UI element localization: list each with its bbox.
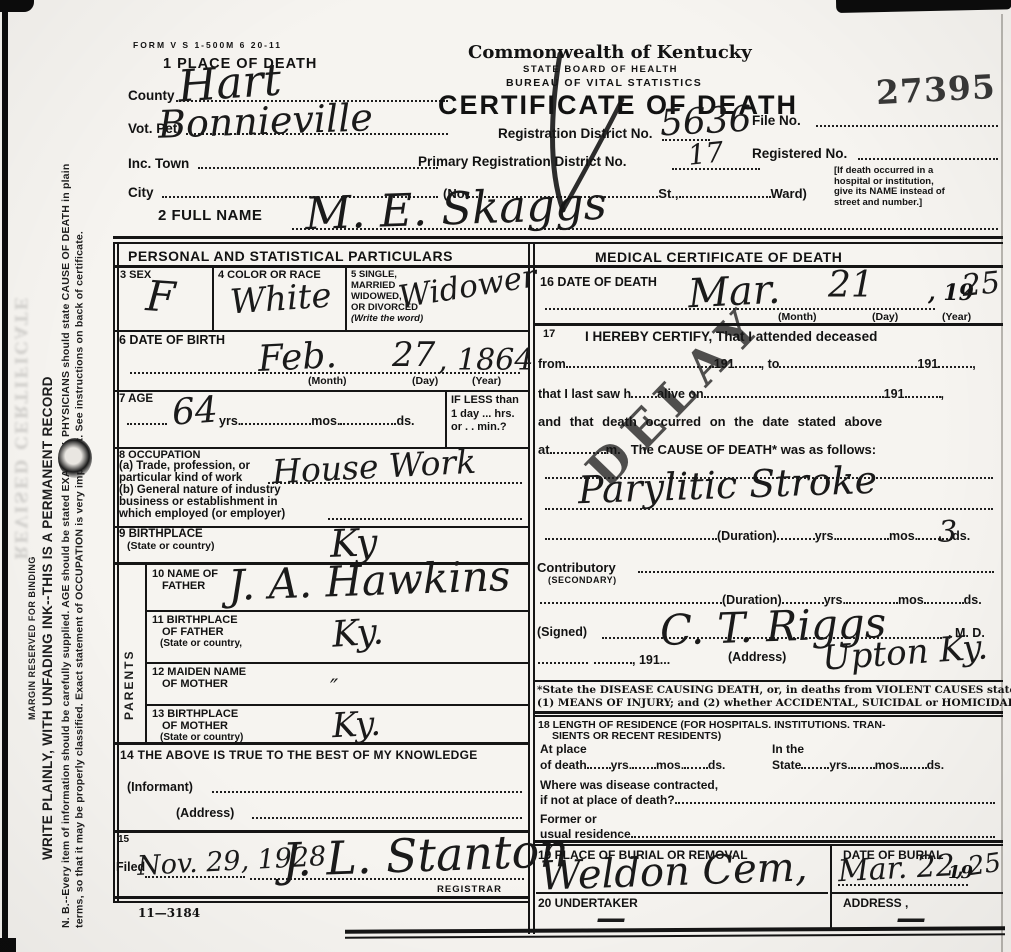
mother-name-value: ″ xyxy=(330,678,338,700)
hospital-instruction-note: [If death occurred in a hospital or inst… xyxy=(834,166,1002,208)
parents-label: PARENTS xyxy=(122,590,136,720)
double-rule-bottom-left xyxy=(113,896,528,899)
row-rule xyxy=(534,680,1003,682)
double-rule xyxy=(534,840,1003,843)
informant-label: (Informant) xyxy=(127,780,193,794)
contracted-label-1: Where was disease contracted, xyxy=(540,778,718,792)
occupation-b-line3: which employed (or employer) xyxy=(119,508,285,520)
margin-nb-note: N. B.--Every item of information should … xyxy=(60,128,114,928)
dod-month-caption: (Month) xyxy=(778,311,816,323)
hospital-note-line: street and number.] xyxy=(834,198,1002,209)
mos-label: mos. xyxy=(311,414,340,428)
printed-191: 191 xyxy=(917,357,938,371)
paper-edge-right xyxy=(1001,14,1003,952)
mos-label: mos. xyxy=(875,758,903,772)
cell-divider xyxy=(345,266,347,330)
form-number: FORM V S 1-500M 6 20-11 xyxy=(133,40,282,50)
if-less-line: 1 day ... hrs. xyxy=(451,408,519,422)
dob-year-value: , 1864 xyxy=(438,346,533,376)
father-birthplace-label-3: (State or country, xyxy=(160,638,242,649)
double-rule xyxy=(534,715,1003,717)
personal-section-title: PERSONAL AND STATISTICAL PARTICULARS xyxy=(128,248,453,264)
inc-town-label: Inc. Town xyxy=(128,156,189,171)
state-label: State xyxy=(772,758,801,772)
race-value: White xyxy=(229,279,333,320)
certify-from-line: from 191 , to 191 , xyxy=(538,356,998,371)
of-death-label: of death xyxy=(540,758,587,772)
birthplace-label: 9 BIRTHPLACE xyxy=(119,528,203,540)
double-rule-top xyxy=(113,236,1003,239)
ds-label: ds. xyxy=(927,758,944,772)
age-label: 7 AGE xyxy=(119,393,153,405)
occupation-b-line2: business or establishment in xyxy=(119,496,277,508)
dotted-line xyxy=(638,571,994,573)
dob-day-value: 27 xyxy=(392,338,435,372)
yrs-label: yrs. xyxy=(611,758,632,772)
row-rule xyxy=(147,610,528,612)
mos-label: mos. xyxy=(656,758,684,772)
scan-edge-top-right xyxy=(836,0,1011,13)
certify-last-saw-line: that I last saw h alive on 191 , xyxy=(538,386,998,401)
mother-birthplace-label-2: OF MOTHER xyxy=(162,720,228,732)
dotted-line xyxy=(838,884,968,886)
birthplace-caption: (State or country) xyxy=(127,540,215,552)
hospital-note-line: give its NAME instead of xyxy=(834,187,1002,198)
cause-duration-line: (Duration) yrs. mos. ds. xyxy=(545,528,970,543)
mos-label: mos. xyxy=(889,529,918,543)
plate-code: 11—3184 xyxy=(138,906,200,920)
margin-binding-note: MARGIN RESERVED FOR BINDING xyxy=(27,460,37,720)
checkmark-stroke xyxy=(518,48,648,223)
dod-day-caption: (Day) xyxy=(872,311,898,323)
occupation-b-line1: (b) General nature of industry xyxy=(119,484,281,496)
yrs-label: yrs. xyxy=(815,529,837,543)
certify-occurred-line: and that death occurred on the date stat… xyxy=(538,414,882,429)
cause-footnote-line1: *State the DISEASE CAUSING DEATH, or, in… xyxy=(537,684,1011,696)
sex-value: F xyxy=(145,275,177,319)
county-label: County xyxy=(128,88,175,103)
truth-statement: 14 THE ABOVE IS TRUE TO THE BEST OF MY K… xyxy=(120,748,478,762)
dob-day-caption: (Day) xyxy=(412,375,438,387)
mother-name-label-2: OF MOTHER xyxy=(162,678,228,690)
father-birthplace-label-2: OF FATHER xyxy=(162,626,224,638)
cause-footnote-line2: (1) MEANS OF INJURY; and (2) whether ACC… xyxy=(537,697,1011,709)
double-rule-bottom-left xyxy=(113,901,528,903)
dob-label: 6 DATE OF BIRTH xyxy=(119,333,225,347)
dotted-line xyxy=(252,817,522,819)
mother-birthplace-label-1: 13 BIRTHPLACE xyxy=(152,708,238,720)
comma: , xyxy=(972,357,975,371)
father-name-label-1: 10 NAME OF xyxy=(152,568,218,580)
row-rule xyxy=(832,892,1003,894)
yrs-label: yrs. xyxy=(829,758,850,772)
father-name-value: J. A. Hawkins xyxy=(227,555,511,607)
in-the-state-line: State yrs. mos. ds. xyxy=(772,757,944,772)
occupation-value: House Work xyxy=(271,445,477,489)
duration-label: (Duration) xyxy=(717,529,777,543)
printed-191-dots: , 191... xyxy=(632,653,670,667)
registrar-signature: J. L. Stanton xyxy=(281,827,569,883)
contracted-label-2: if not at place of death? xyxy=(540,793,675,807)
signed-label: (Signed) xyxy=(537,625,587,639)
contributory-label: Contributory xyxy=(537,560,616,575)
death-certificate-scan: REVISED CERTIFICATE MARGIN RESERVED FOR … xyxy=(0,0,1011,952)
row-rule xyxy=(113,330,528,332)
last-saw-label: that I last saw h xyxy=(538,387,631,401)
dotted-line xyxy=(545,508,993,510)
secondary-label: (SECONDARY) xyxy=(548,575,617,585)
mother-name-label-1: 12 MAIDEN NAME xyxy=(152,666,246,678)
registrar-label: REGISTRAR xyxy=(437,884,502,895)
st-label: St., xyxy=(658,186,678,201)
ward-label: Ward) xyxy=(771,186,807,201)
contracted-line-2: if not at place of death? xyxy=(540,792,995,807)
cell-divider xyxy=(212,266,214,330)
in-the-label-1: In the xyxy=(772,742,804,756)
mother-birthplace-value: Ky. xyxy=(331,707,381,744)
burial-place-value: Weldon Cem, xyxy=(539,847,808,896)
usual-residence-line: usual residence xyxy=(540,826,995,841)
usual-residence-label: usual residence xyxy=(540,827,631,841)
dob-month-caption: (Month) xyxy=(308,375,346,387)
row-rule xyxy=(147,662,528,664)
dotted-line xyxy=(198,167,438,169)
father-name-label-2: FATHER xyxy=(162,580,205,592)
dod-year-caption: (Year) xyxy=(942,311,971,323)
ink-blot xyxy=(58,438,92,478)
primary-registration-value: 17 xyxy=(687,138,725,170)
dotted-line xyxy=(858,158,998,160)
certify-section-number: 17 xyxy=(543,328,555,340)
burial-date-value: Mar. 22, xyxy=(837,851,965,888)
parents-divider xyxy=(145,564,147,742)
from-label: from xyxy=(538,357,566,371)
at-place-of-death-line: of death yrs. mos. ds. xyxy=(540,757,725,772)
occupation-a-line1: (a) Trade, profession, or xyxy=(119,460,250,472)
father-birthplace-value: Ky. xyxy=(331,614,385,654)
burial-year-written: 25 xyxy=(966,850,1002,880)
comma: , xyxy=(941,387,944,401)
mos2-label: mos xyxy=(898,593,924,607)
physician-address-label: (Address) xyxy=(728,650,786,664)
to-label: , to xyxy=(761,357,780,371)
former-label-1: Former or xyxy=(540,812,597,826)
scan-edge-bottom-left xyxy=(0,938,16,952)
dob-year-caption: (Year) xyxy=(472,375,501,387)
filed-section-number: 15 xyxy=(118,834,129,845)
dotted-line xyxy=(212,791,522,793)
ds-label: ds. xyxy=(396,414,414,428)
yrs-label: yrs. xyxy=(219,414,241,428)
row-rule xyxy=(536,892,828,894)
ds-label: ds. xyxy=(964,593,982,607)
dob-month-value: Feb. xyxy=(257,338,338,378)
full-name-label: 2 FULL NAME xyxy=(158,207,262,224)
row-rule xyxy=(113,742,528,745)
informant-address-label: (Address) xyxy=(176,806,234,820)
margin-write-plainly-note: WRITE PLAINLY, WITH UNFADING INK--THIS I… xyxy=(40,180,55,860)
age-line: yrs. mos. ds. xyxy=(127,413,415,428)
physician-address-value: Upton Ky. xyxy=(821,630,989,675)
signed-date-line: , 191... xyxy=(538,652,670,667)
occupation-a-line2: particular kind of work xyxy=(119,472,242,484)
age-value: 64 xyxy=(171,392,219,431)
city-label: City xyxy=(128,185,154,200)
dod-year-written: 25 xyxy=(961,268,1002,302)
registered-no-label: Registered No. xyxy=(752,146,847,161)
cell-divider xyxy=(445,390,447,448)
at-place-label-1: At place xyxy=(540,742,587,756)
dotted-line xyxy=(328,518,522,520)
hospital-note-line: [If death occurred in a xyxy=(834,166,1002,177)
dod-label: 16 DATE OF DEATH xyxy=(540,275,657,289)
scan-edge-top-left xyxy=(0,0,34,12)
vot-pet-value: Bonnieville xyxy=(157,98,373,143)
scan-edge-left xyxy=(2,0,8,952)
if-less-line: IF LESS than xyxy=(451,394,519,408)
dotted-line xyxy=(816,125,998,127)
if-less-line: or . . min.? xyxy=(451,421,519,435)
printed-191: 191 xyxy=(884,387,905,401)
double-rule-top xyxy=(113,242,1003,244)
duration-days-value: 3 xyxy=(938,518,957,548)
residence-title-line2: SIENTS OR RECENT RESIDENTS) xyxy=(552,730,721,742)
ds-label: ds. xyxy=(708,758,725,772)
cause-of-death-value: Parylitic Stroke xyxy=(577,461,877,509)
double-rule xyxy=(534,711,1003,714)
dod-day-value: 21 xyxy=(828,268,874,304)
left-border xyxy=(113,242,115,902)
marital-label-line: (Write the word) xyxy=(351,313,423,324)
medical-section-title: MEDICAL CERTIFICATE OF DEATH xyxy=(595,249,842,265)
if-less-note: IF LESS than 1 day ... hrs. or . . min.? xyxy=(451,394,519,435)
father-birthplace-label-1: 11 BIRTHPLACE xyxy=(152,614,238,626)
file-no-label: File No. xyxy=(752,113,801,128)
burial-cell-divider xyxy=(830,844,832,928)
certificate-number-stamp: 27395 xyxy=(875,67,997,112)
at-label: at xyxy=(538,442,550,457)
